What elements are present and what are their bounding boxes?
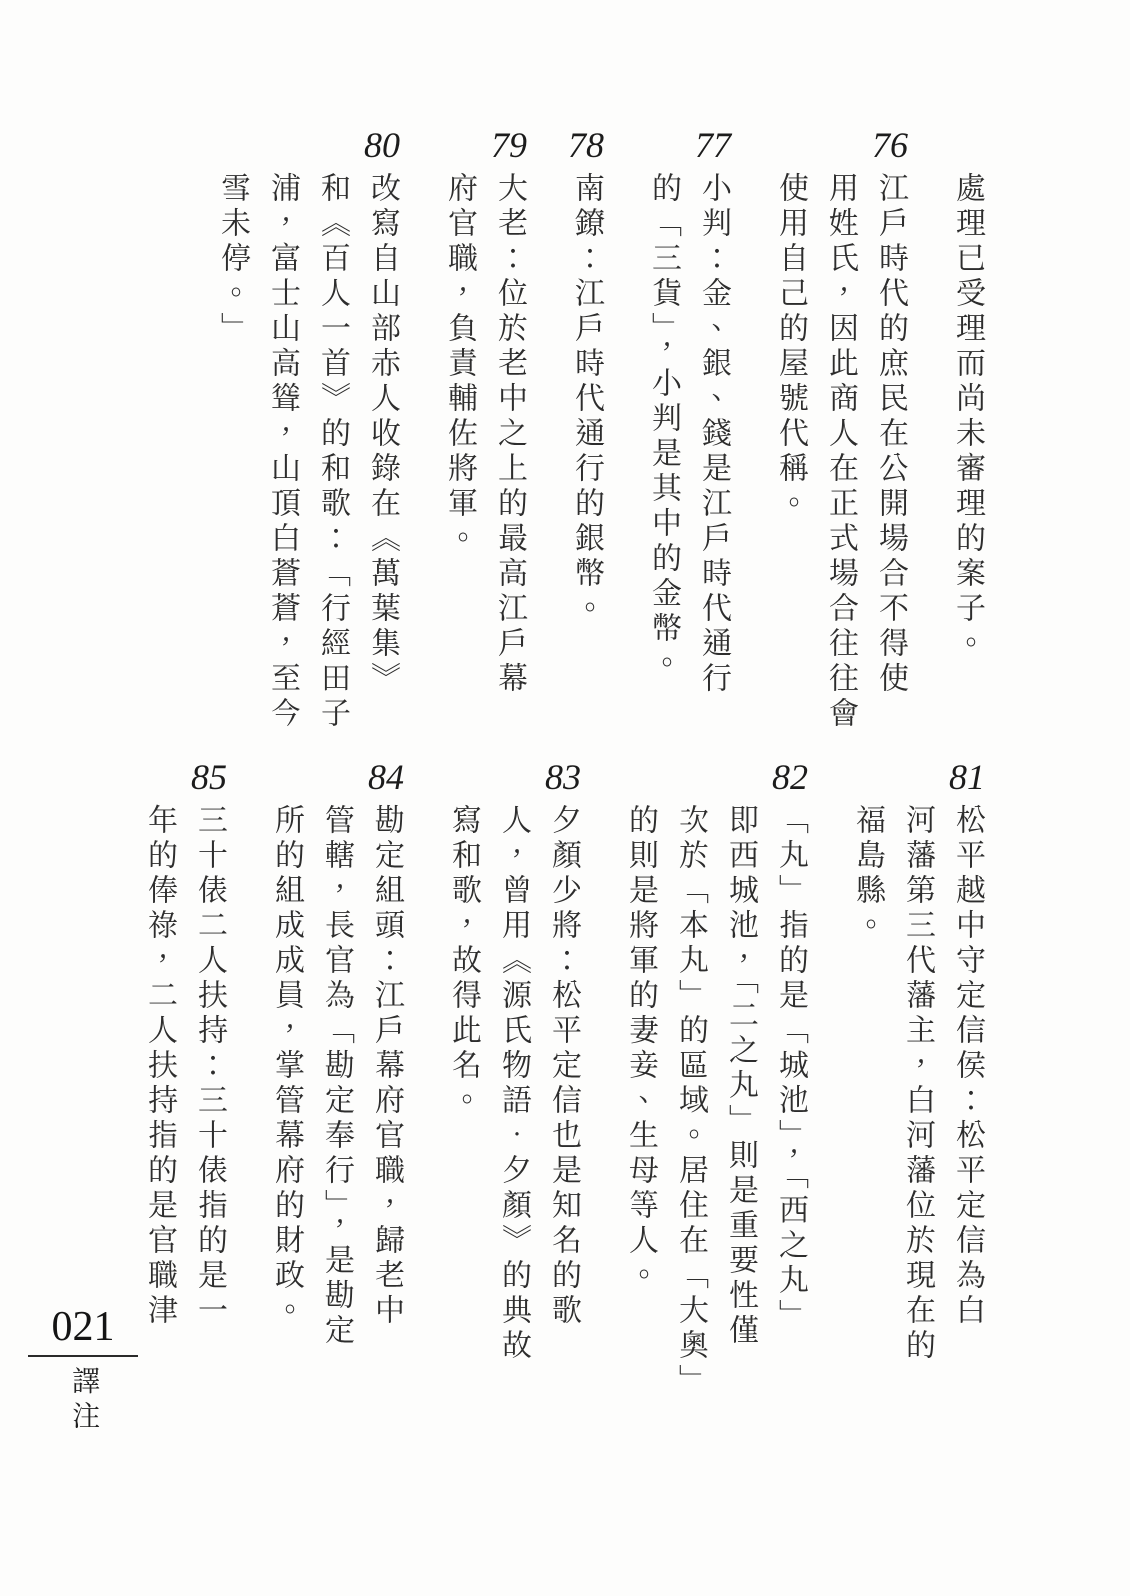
note-76: 76江戶時代的庶民在公開場合不得使用姓氏，因此商人在正式場合往往會使用自己的屋號… xyxy=(765,130,915,797)
note-number: 84 xyxy=(361,762,411,792)
note-column: 人，曾用《源氏物語．夕顏》的典故 xyxy=(488,804,538,1429)
note-column: 松平越中守定信侯：松平定信為白 xyxy=(942,804,992,1429)
note-column: 浦，富士山高聳，山頂白蒼蒼，至今 xyxy=(257,172,307,797)
note-column: 和《百人一首》的和歌：「行經田子 xyxy=(307,172,357,797)
note-column: 府官職，負責輔佐將軍。 xyxy=(434,172,484,797)
note-body: 改寫自山部赤人收錄在《萬葉集》和《百人一首》的和歌：「行經田子浦，富士山高聳，山… xyxy=(207,172,407,797)
note-body: 處理已受理而尚未審理的案子。 xyxy=(942,172,992,797)
note-body: 勘定組頭：江戶幕府官職，歸老中管轄，長官為「勘定奉行」，是勘定所的組成成員，掌管… xyxy=(261,804,411,1429)
note-column: 福島縣。 xyxy=(842,804,892,1429)
note-84: 84勘定組頭：江戶幕府官職，歸老中管轄，長官為「勘定奉行」，是勘定所的組成成員，… xyxy=(261,762,411,1429)
note-80: 80改寫自山部赤人收錄在《萬葉集》和《百人一首》的和歌：「行經田子浦，富士山高聳… xyxy=(207,130,407,797)
footer-rule xyxy=(28,1355,138,1357)
note-column: 夕顏少將：松平定信也是知名的歌 xyxy=(538,804,588,1429)
book-page: 處理已受理而尚未審理的案子。76江戶時代的庶民在公開場合不得使用姓氏，因此商人在… xyxy=(0,0,1130,1596)
note-number: 82 xyxy=(765,762,815,792)
note-column: 次於「本丸」的區域。居住在「大奧」 xyxy=(665,804,715,1429)
note-number: 79 xyxy=(484,130,534,160)
note-column: 使用自己的屋號代稱。 xyxy=(765,172,815,797)
note-column: 的「三貨」，小判是其中的金幣。 xyxy=(638,172,688,797)
note-number: 81 xyxy=(942,762,992,792)
note-85: 85三十俵二人扶持：三十俵指的是一年的俸祿，二人扶持指的是官職津 xyxy=(134,762,234,1429)
note-column: 河藩第三代藩主，白河藩位於現在的 xyxy=(892,804,942,1429)
page-footer: 021 譯注 xyxy=(28,1306,138,1436)
note-77: 77小判：金、銀、錢是江戶時代通行的「三貨」，小判是其中的金幣。 xyxy=(638,130,738,797)
note-column: 大老：位於老中之上的最高江戶幕 xyxy=(484,172,534,797)
note-82: 82「丸」指的是「城池」，「西之丸」即西城池，「二之丸」則是重要性僅次於「本丸」… xyxy=(615,762,815,1429)
note-body: 小判：金、銀、錢是江戶時代通行的「三貨」，小判是其中的金幣。 xyxy=(638,172,738,797)
note-column: 年的俸祿，二人扶持指的是官職津 xyxy=(134,804,184,1429)
note-column: 三十俵二人扶持：三十俵指的是一 xyxy=(184,804,234,1429)
note-column: 「丸」指的是「城池」，「西之丸」 xyxy=(765,804,815,1429)
note-body: 「丸」指的是「城池」，「西之丸」即西城池，「二之丸」則是重要性僅次於「本丸」的區… xyxy=(615,804,815,1429)
note-number: 78 xyxy=(561,130,611,160)
note-column: 用姓氏，因此商人在正式場合往往會 xyxy=(815,172,865,797)
note-column: 江戶時代的庶民在公開場合不得使 xyxy=(865,172,915,797)
note-column: 雪未停。」 xyxy=(207,172,257,797)
note-continuation: 處理已受理而尚未審理的案子。 xyxy=(942,130,992,797)
section-label: 譯注 xyxy=(67,1366,99,1436)
note-83: 83夕顏少將：松平定信也是知名的歌人，曾用《源氏物語．夕顏》的典故寫和歌，故得此… xyxy=(438,762,588,1429)
note-78: 78南鐐：江戶時代通行的銀幣。 xyxy=(561,130,611,797)
note-81: 81松平越中守定信侯：松平定信為白河藩第三代藩主，白河藩位於現在的福島縣。 xyxy=(842,762,992,1429)
note-number: 77 xyxy=(688,130,738,160)
note-body: 江戶時代的庶民在公開場合不得使用姓氏，因此商人在正式場合往往會使用自己的屋號代稱… xyxy=(765,172,915,797)
note-column: 改寫自山部赤人收錄在《萬葉集》 xyxy=(357,172,407,797)
note-number xyxy=(942,130,992,160)
note-column: 小判：金、銀、錢是江戶時代通行 xyxy=(688,172,738,797)
note-body: 大老：位於老中之上的最高江戶幕府官職，負責輔佐將軍。 xyxy=(434,172,534,797)
note-column: 管轄，長官為「勘定奉行」，是勘定 xyxy=(311,804,361,1429)
notes-band-bottom: 81松平越中守定信侯：松平定信為白河藩第三代藩主，白河藩位於現在的福島縣。82「… xyxy=(134,762,992,1429)
note-column: 南鐐：江戶時代通行的銀幣。 xyxy=(561,172,611,797)
note-column: 勘定組頭：江戶幕府官職，歸老中 xyxy=(361,804,411,1429)
note-column: 寫和歌，故得此名。 xyxy=(438,804,488,1429)
notes-band-top: 處理已受理而尚未審理的案子。76江戶時代的庶民在公開場合不得使用姓氏，因此商人在… xyxy=(207,130,992,797)
note-number: 80 xyxy=(357,130,407,160)
note-79: 79大老：位於老中之上的最高江戶幕府官職，負責輔佐將軍。 xyxy=(434,130,534,797)
note-number: 85 xyxy=(184,762,234,792)
page-number: 021 xyxy=(52,1306,115,1348)
note-body: 三十俵二人扶持：三十俵指的是一年的俸祿，二人扶持指的是官職津 xyxy=(134,804,234,1429)
note-number: 83 xyxy=(538,762,588,792)
note-column: 即西城池，「二之丸」則是重要性僅 xyxy=(715,804,765,1429)
note-body: 夕顏少將：松平定信也是知名的歌人，曾用《源氏物語．夕顏》的典故寫和歌，故得此名。 xyxy=(438,804,588,1429)
note-number: 76 xyxy=(865,130,915,160)
note-body: 松平越中守定信侯：松平定信為白河藩第三代藩主，白河藩位於現在的福島縣。 xyxy=(842,804,992,1429)
note-column: 的則是將軍的妻妾、生母等人。 xyxy=(615,804,665,1429)
note-column: 處理已受理而尚未審理的案子。 xyxy=(942,172,992,797)
note-body: 南鐐：江戶時代通行的銀幣。 xyxy=(561,172,611,797)
note-column: 所的組成成員，掌管幕府的財政。 xyxy=(261,804,311,1429)
